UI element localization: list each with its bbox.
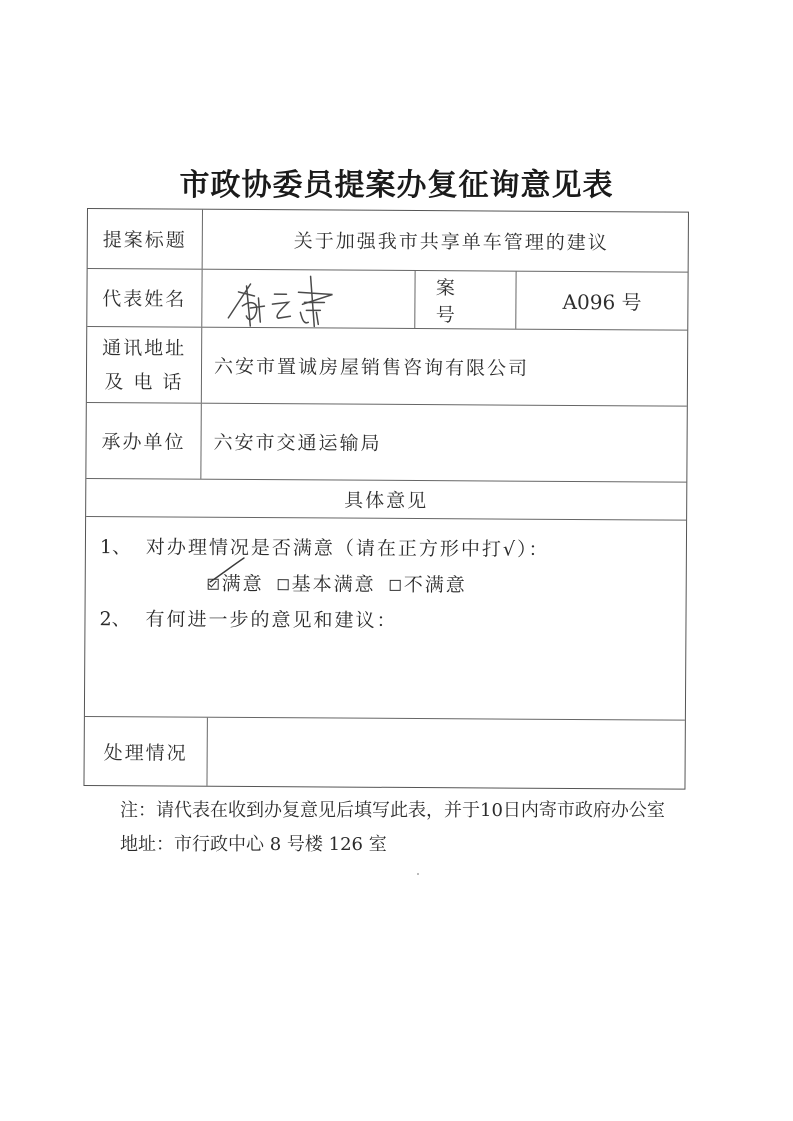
row-proposal-title: 提案标题 关于加强我市共享单车管理的建议 (88, 209, 688, 273)
row-handling-unit: 承办单位 六安市交通运输局 (86, 403, 686, 483)
notes: 注：请代表在收到办复意见后填写此表，并于10日内寄市政府办公室 地址：市行政中心… (120, 794, 665, 862)
question-1-number: 1、 (100, 529, 146, 565)
choice-unsatisfied[interactable]: 不满意 (390, 567, 467, 603)
case-number-value: A096 号 (517, 272, 688, 330)
processing-label: 处理情况 (84, 717, 207, 786)
note-line-2: 地址：市行政中心 8 号楼 126 室 (120, 828, 665, 862)
representative-name-label: 代表姓名 (87, 269, 202, 327)
question-2-number: 2、 (99, 601, 145, 637)
row-contact: 通讯地址 及 电 话 六安市置诚房屋销售咨询有限公司 (87, 327, 687, 407)
question-1: 1、 对办理情况是否满意（请在正方形中打√）： (100, 529, 686, 569)
handling-unit-label: 承办单位 (86, 403, 201, 479)
note-line-1: 注：请代表在收到办复意见后填写此表，并于10日内寄市政府办公室 (120, 794, 665, 828)
row-opinions: 1、 对办理情况是否满意（请在正方形中打√）： 满意 基本满意 不满意 2、 有… (85, 517, 686, 721)
checkbox-empty-icon[interactable] (278, 579, 289, 590)
choice-unsatisfied-label: 不满意 (404, 567, 467, 603)
contact-label-line2: 及 电 话 (104, 365, 183, 399)
proposal-title-value: 关于加强我市共享单车管理的建议 (203, 210, 688, 272)
handling-unit-value: 六安市交通运输局 (201, 404, 686, 482)
checkbox-empty-icon[interactable] (390, 579, 401, 590)
contact-label-line1: 通讯地址 (102, 331, 186, 366)
handwritten-check-stroke-icon (208, 556, 248, 586)
contact-label: 通讯地址 及 电 话 (87, 327, 202, 403)
form-title: 市政协委员提案办复征询意见表 (0, 160, 793, 204)
row-representative: 代表姓名 案 号 A096 号 (87, 269, 687, 331)
proposal-title-label: 提案标题 (88, 209, 203, 269)
question-2: 2、 有何进一步的意见和建议： (99, 601, 685, 641)
feedback-form-table: 提案标题 关于加强我市共享单车管理的建议 代表姓名 案 号 A096 号 通讯地… (83, 208, 689, 790)
row-processing: 处理情况 (84, 717, 684, 789)
processing-value[interactable] (207, 718, 684, 789)
case-number-label: 案 号 (415, 271, 517, 329)
handwritten-signature-icon (220, 272, 370, 329)
opinions-header: 具体意见 (86, 479, 686, 520)
choice-basically-satisfied-label: 基本满意 (292, 566, 376, 603)
choice-basically-satisfied[interactable]: 基本满意 (278, 566, 376, 603)
representative-signature (202, 270, 415, 328)
question-1-text: 对办理情况是否满意（请在正方形中打√）： (146, 529, 550, 567)
scan-speck (417, 873, 419, 875)
question-2-text: 有何进一步的意见和建议： (145, 601, 397, 639)
contact-value: 六安市置诚房屋销售咨询有限公司 (202, 328, 687, 406)
row-opinions-header: 具体意见 (86, 479, 686, 521)
satisfaction-choices: 满意 基本满意 不满意 (100, 565, 686, 605)
